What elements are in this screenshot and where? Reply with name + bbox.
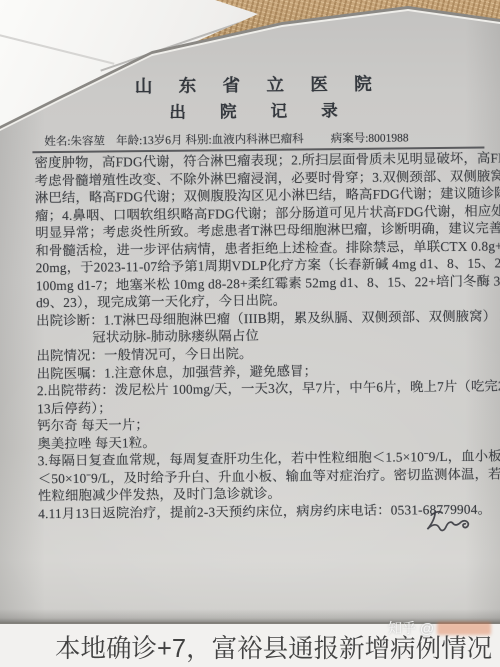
patient-info-field: 科别:血液内科淋巴瘤科: [185, 130, 303, 147]
patient-info-field: 姓名:朱容堃: [44, 133, 105, 150]
caption-text: 本地确诊+7，富裕县通报新增病例情况: [55, 634, 492, 664]
document-title: 出 院 记 录: [0, 95, 498, 124]
news-photo: 山 东 省 立 医 院 出 院 记 录 姓名:朱容堃年龄:13岁6月科别:血液内…: [0, 0, 500, 667]
document-body: 密度肿物，高FDG代谢，符合淋巴瘤表现；2.所扫层面骨质未见明显破坏，高FDG代…: [34, 150, 484, 523]
document-text-line: 4.11月13日返院治疗，提前2-3天预约床位，病房约床电话：0531-6877…: [38, 500, 484, 522]
doctor-signature: [419, 506, 475, 546]
signature-scribble: [419, 506, 475, 541]
watermark-username-blur: [437, 622, 491, 635]
patient-info-field: 病案号:8001988: [331, 129, 409, 146]
hospital-name: 山 东 省 立 医 院: [0, 69, 498, 99]
discharge-record-content: 山 东 省 立 医 院 出 院 记 录 姓名:朱容堃年龄:13岁6月科别:血液内…: [0, 0, 500, 625]
patient-info-field: 年龄:13岁6月: [116, 132, 183, 149]
